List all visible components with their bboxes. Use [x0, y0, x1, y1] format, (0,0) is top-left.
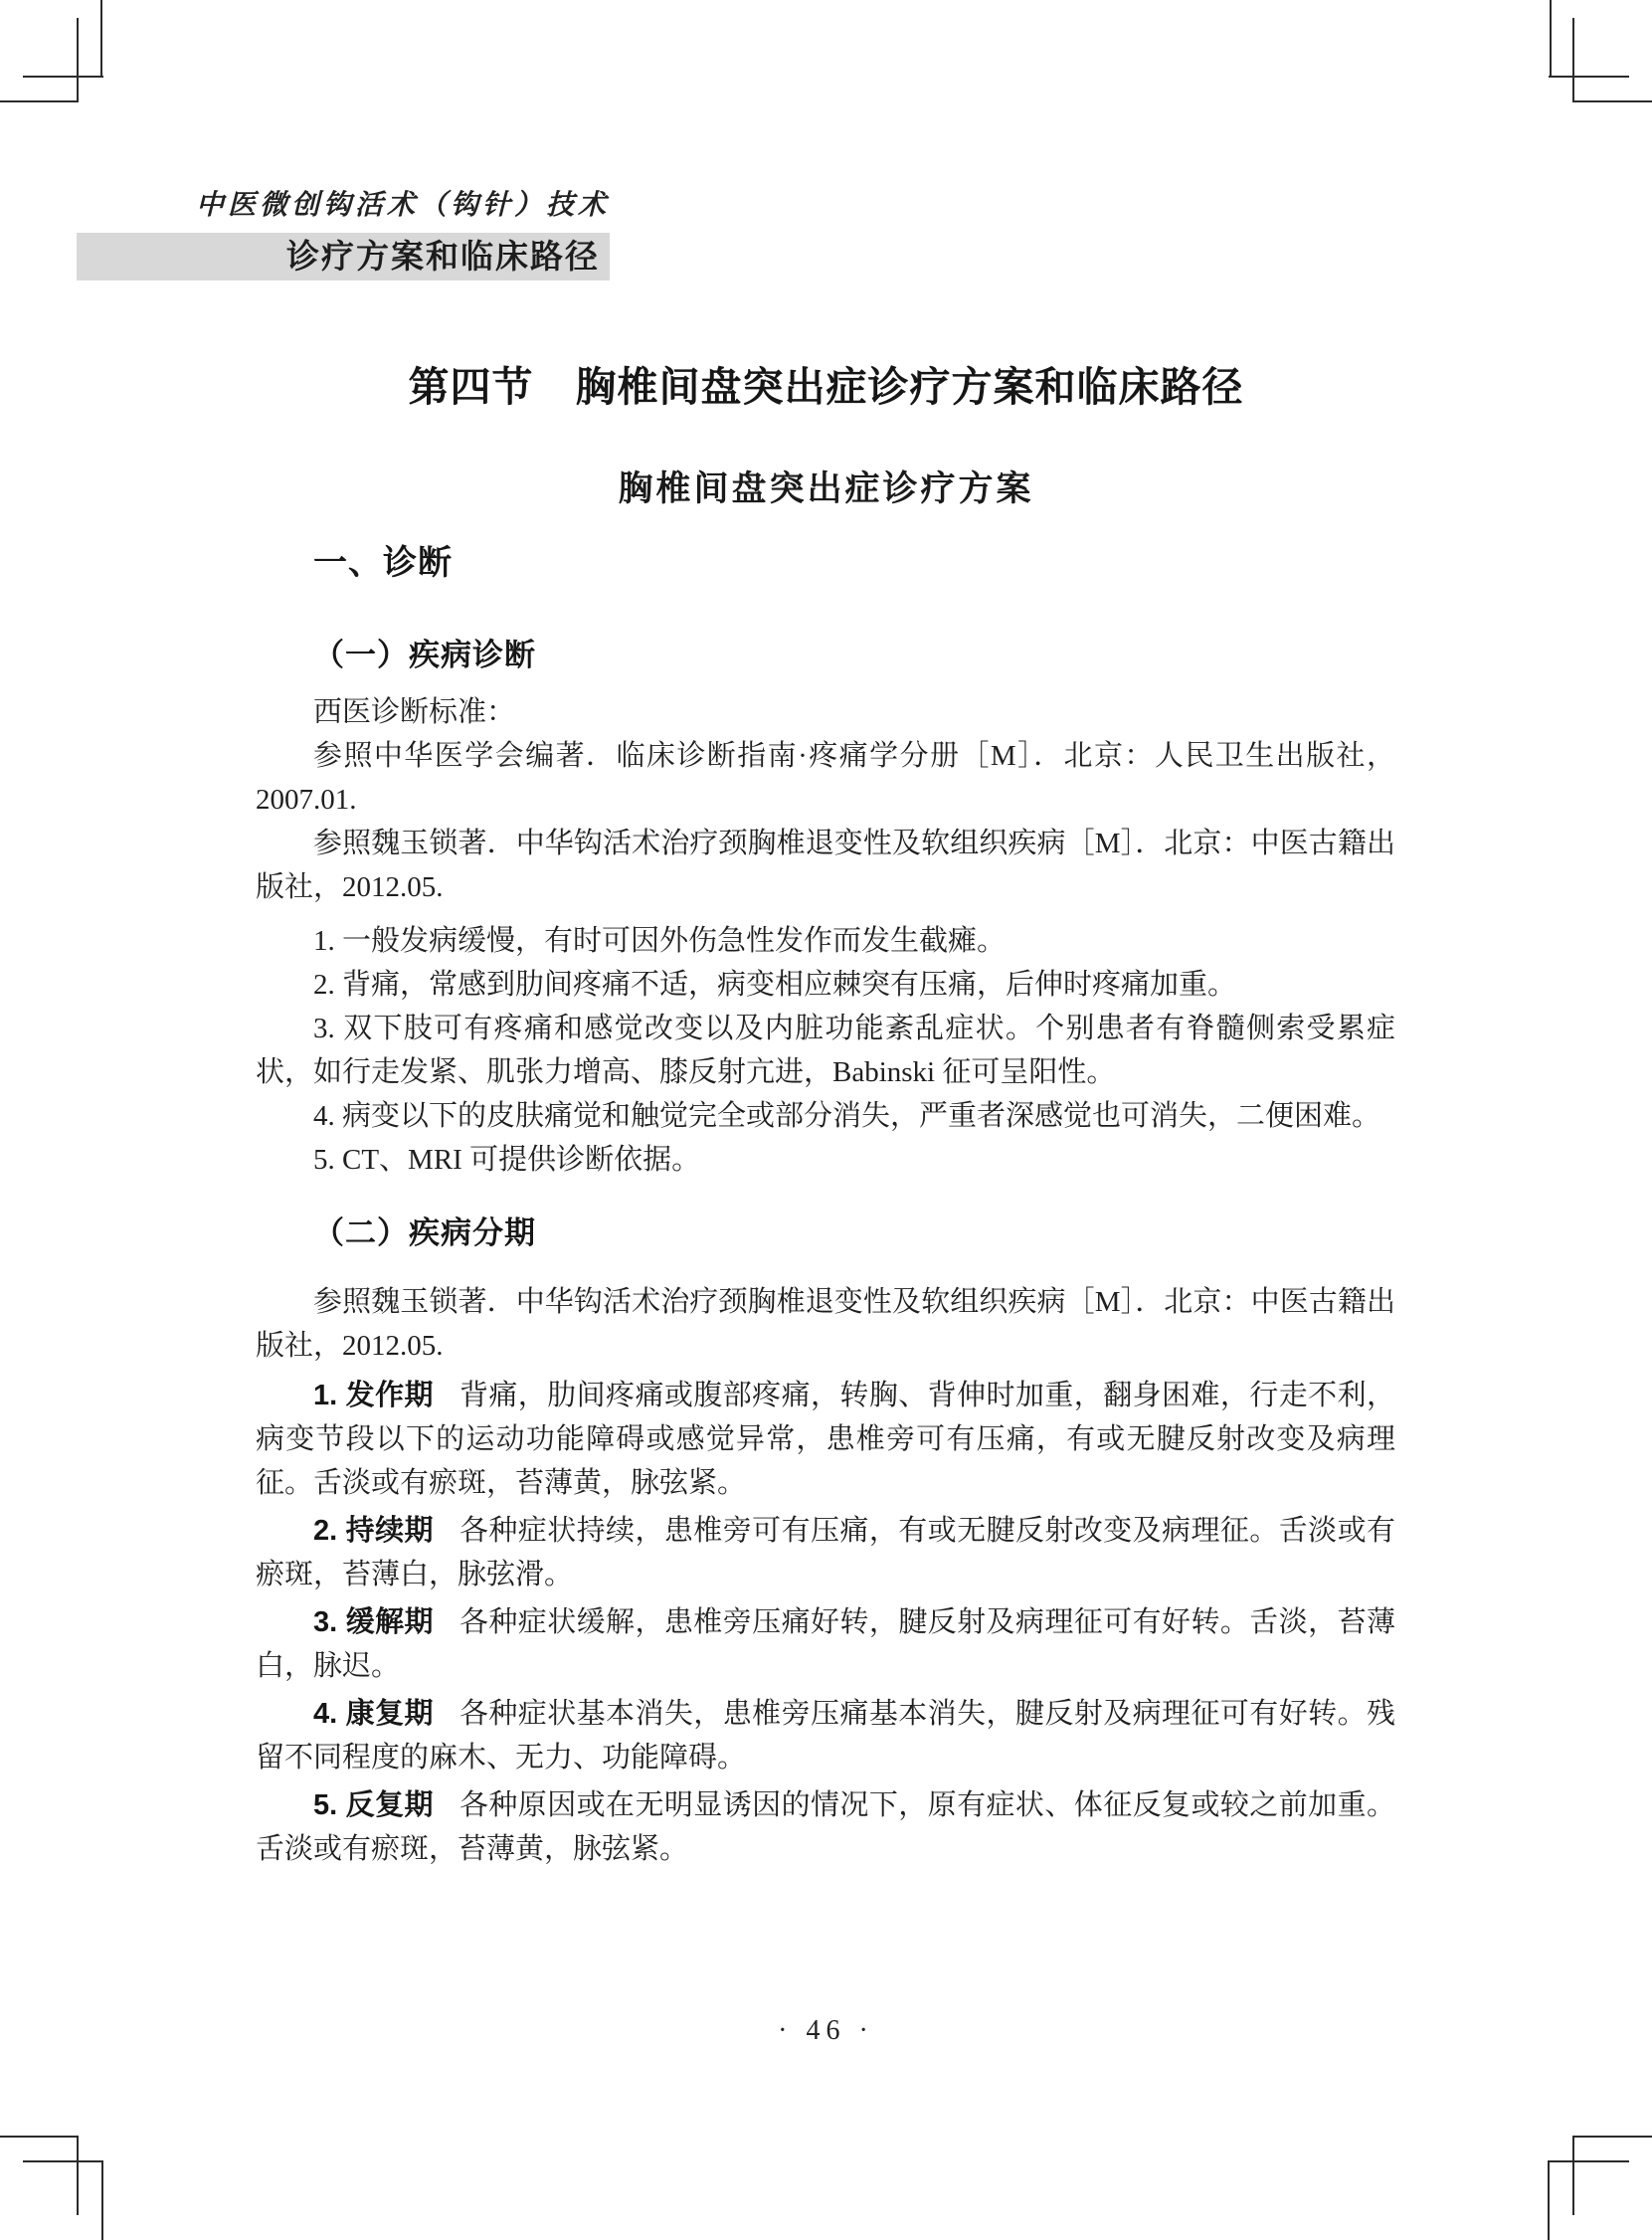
paragraph: 2. 背痛，常感到肋间疼痛不适，病变相应棘突有压痛，后伸时疼痛加重。 [256, 963, 1395, 1007]
crop-mark-top-left [77, 18, 79, 102]
paragraph: 4. 病变以下的皮肤痛觉和触觉完全或部分消失，严重者深感觉也可消失，二便困难。 [256, 1094, 1395, 1138]
stage-label: 3. 缓解期 [313, 1606, 434, 1638]
paragraph: 参照魏玉锁著．中华钩活术治疗颈胸椎退变性及软组织疾病［M］．北京：中医古籍出版社… [256, 1280, 1395, 1368]
stage-label: 1. 发作期 [313, 1380, 434, 1411]
header-band-title: 诊疗方案和临床路径 [77, 233, 610, 280]
crop-mark-top-right [1573, 100, 1652, 102]
crop-mark-bottom-left [77, 2136, 79, 2215]
paragraph: 参照中华医学会编著．临床诊断指南·疼痛学分册［M］．北京：人民卫生出版社，200… [256, 734, 1395, 822]
subsection-heading-disease-stages: （二）疾病分期 [313, 1214, 1395, 1252]
paragraph: 5. CT、MRI 可提供诊断依据。 [256, 1138, 1395, 1182]
stage-paragraph: 1. 发作期背痛，肋间疼痛或腹部疼痛，转胸、背伸时加重，翻身困难，行走不利，病变… [256, 1374, 1395, 1505]
crop-mark-bottom-left [0, 2136, 79, 2138]
crop-mark-bottom-right [1548, 2160, 1550, 2240]
crop-mark-top-right [1572, 18, 1574, 102]
stage-paragraph: 2. 持续期各种症状持续，患椎旁可有压痛，有或无腱反射改变及病理征。舌淡或有瘀斑… [256, 1509, 1395, 1596]
page-number: · 46 · [0, 2015, 1652, 2047]
crop-mark-bottom-left [101, 2160, 103, 2240]
chapter-title: 第四节 胸椎间盘突出症诊疗方案和临床路径 [0, 354, 1652, 413]
section-heading-diagnosis: 一、诊断 [313, 543, 1395, 583]
crop-mark-top-right [1549, 76, 1629, 78]
crop-mark-bottom-right [1572, 2136, 1574, 2215]
stage-paragraph: 3. 缓解期各种症状缓解，患椎旁压痛好转，腱反射及病理征可有好转。舌淡，苔薄白，… [256, 1600, 1395, 1688]
header-band: 诊疗方案和临床路径 [77, 233, 610, 280]
subsection-heading-disease-diagnosis: （一）疾病诊断 [313, 637, 1395, 674]
crop-mark-top-right [1550, 0, 1552, 78]
book-series-title: 中医微创钩活术（钩针）技术 [77, 183, 616, 223]
crop-mark-bottom-left [23, 2160, 103, 2162]
body-content: 一、诊断 （一）疾病诊断 西医诊断标准： 参照中华医学会编著．临床诊断指南·疼痛… [256, 543, 1395, 1871]
crop-mark-top-left [100, 0, 102, 78]
stage-label: 4. 康复期 [313, 1698, 434, 1730]
stage-label: 5. 反复期 [313, 1789, 434, 1821]
crop-mark-top-left [0, 100, 79, 102]
crop-mark-top-left [23, 76, 103, 78]
stage-paragraph: 5. 反复期各种原因或在无明显诱因的情况下，原有症状、体征反复或较之前加重。舌淡… [256, 1783, 1395, 1871]
document-subtitle: 胸椎间盘突出症诊疗方案 [0, 462, 1652, 511]
crop-mark-bottom-right [1573, 2136, 1652, 2138]
paragraph: 参照魏玉锁著．中华钩活术治疗颈胸椎退变性及软组织疾病［M］．北京：中医古籍出版社… [256, 822, 1395, 909]
paragraph: 3. 双下肢可有疼痛和感觉改变以及内脏功能紊乱症状。个别患者有脊髓侧索受累症状，… [256, 1007, 1395, 1094]
crop-mark-bottom-right [1549, 2160, 1629, 2162]
stage-label: 2. 持续期 [313, 1515, 434, 1547]
document-page: 中医微创钩活术（钩针）技术 诊疗方案和临床路径 第四节 胸椎间盘突出症诊疗方案和… [0, 0, 1652, 2240]
paragraph: 西医诊断标准： [256, 690, 1395, 734]
stage-paragraph: 4. 康复期各种症状基本消失，患椎旁压痛基本消失，腱反射及病理征可有好转。残留不… [256, 1692, 1395, 1779]
paragraph: 1. 一般发病缓慢，有时可因外伤急性发作而发生截瘫。 [256, 919, 1395, 963]
